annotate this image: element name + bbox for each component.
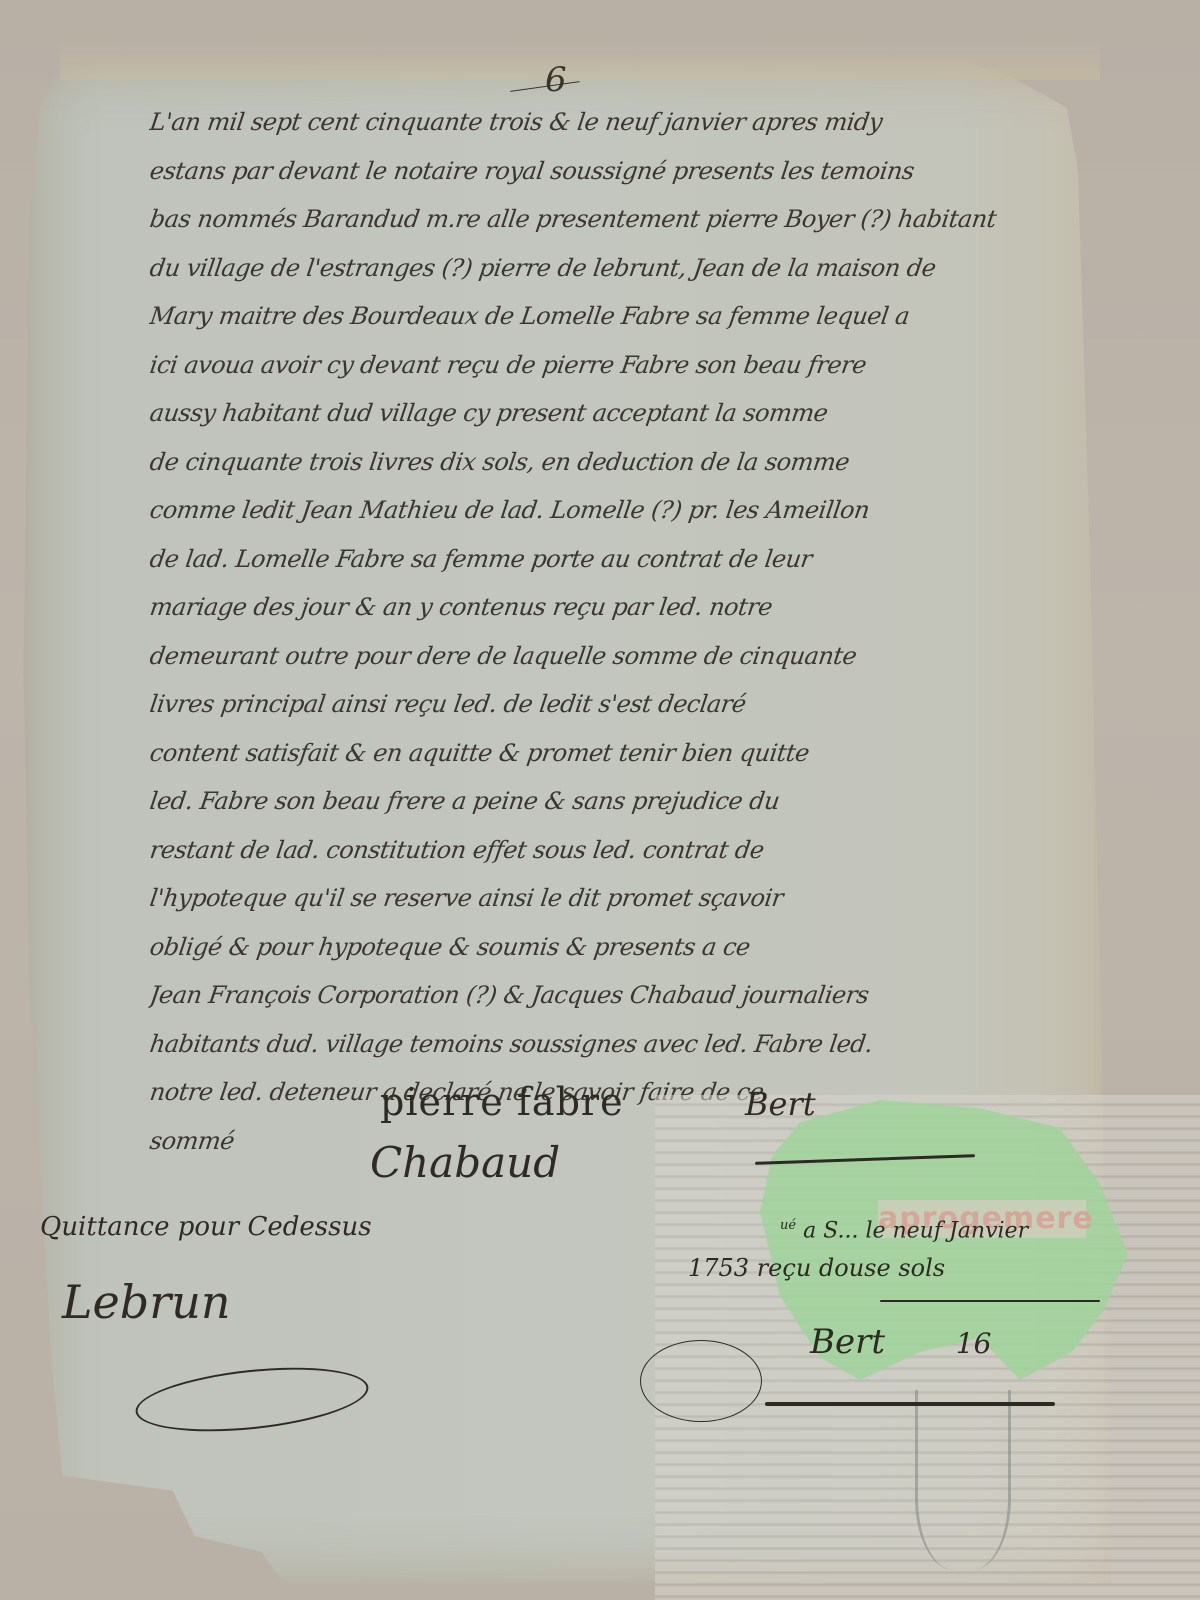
text-line: livres principal ainsi reçu led. de ledi… xyxy=(147,680,1114,729)
text-line: ici avoua avoir cy devant reçu de pierre… xyxy=(147,341,1114,390)
text-line: content satisfait & en aquitte & promet … xyxy=(147,729,1114,778)
signature-notary-bert: Bert xyxy=(745,1085,816,1123)
manuscript-body: L'an mil sept cent cinquante trois & le … xyxy=(150,98,1110,1165)
receipt-signature-text: Bert xyxy=(810,1322,885,1362)
text-line: Mary maitre des Bourdeaux de Lomelle Fab… xyxy=(147,292,1114,341)
text-line: led. Fabre son beau frere a peine & sans… xyxy=(147,777,1114,826)
text-line: habitants dud. village temoins soussigne… xyxy=(147,1020,1114,1069)
receipt-superscript: ué xyxy=(780,1218,796,1233)
paper-top-stain xyxy=(60,40,1100,80)
text-line: restant de lad. constitution effet sous … xyxy=(147,826,1114,875)
text-line: obligé & pour hypoteque & soumis & prese… xyxy=(147,923,1114,972)
page-number: 6 xyxy=(545,60,567,100)
text-line: L'an mil sept cent cinquante trois & le … xyxy=(147,98,1114,147)
receipt-line-1: ué a S... le neuf Janvier xyxy=(780,1218,1028,1243)
text-line: demeurant outre pour dere de laquelle so… xyxy=(147,632,1114,681)
text-line: comme ledit Jean Mathieu de lad. Lomelle… xyxy=(147,486,1114,535)
receipt-underline xyxy=(880,1300,1100,1302)
text-line: l'hypoteque qu'il se reserve ainsi le di… xyxy=(147,874,1114,923)
text-line: bas nommés Barandud m.re alle presenteme… xyxy=(147,195,1114,244)
text-line: Jean François Corporation (?) & Jacques … xyxy=(147,971,1114,1020)
signature-chabaud: Chabaud xyxy=(370,1138,560,1187)
text-line: mariage des jour & an y contenus reçu pa… xyxy=(147,583,1114,632)
signature-lebrun: Lebrun xyxy=(62,1275,230,1329)
text-line: de lad. Lomelle Fabre sa femme porte au … xyxy=(147,535,1114,584)
receipt-line-2: 1753 reçu douse sols xyxy=(688,1254,945,1282)
quittance-note: Quittance pour Cedessus xyxy=(40,1212,372,1242)
receipt-flourish xyxy=(765,1402,1055,1406)
receipt-line-1-text: a S... le neuf Janvier xyxy=(803,1218,1028,1243)
text-line: de cinquante trois livres dix sols, en d… xyxy=(147,438,1114,487)
receipt-signature-bert: Bert 16 xyxy=(810,1322,991,1362)
signature-pierre-fabre: pierre fabre xyxy=(380,1080,624,1124)
receipt-flourish-loop xyxy=(640,1340,762,1422)
receipt-amount-mark: 16 xyxy=(956,1327,992,1360)
tree-trunk-icon xyxy=(915,1390,1011,1570)
text-line: estans par devant le notaire royal souss… xyxy=(147,147,1114,196)
text-line: aussy habitant dud village cy present ac… xyxy=(147,389,1114,438)
text-line: du village de l'estranges (?) pierre de … xyxy=(147,244,1114,293)
